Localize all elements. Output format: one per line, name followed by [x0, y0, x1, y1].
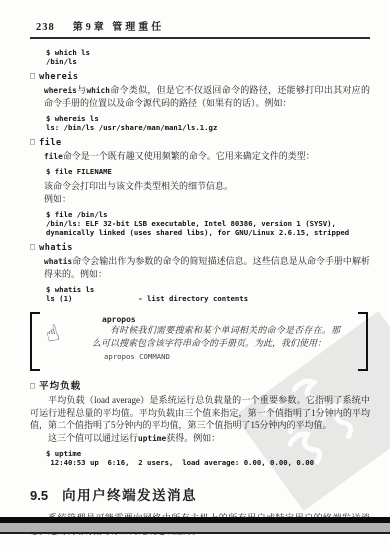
note-text: 有时候我们需要搜索和某个单词相关的命令是否存在。那么可以搜索包含该字符串命令的手… [92, 324, 340, 350]
heading-whereis: □whereis [30, 71, 370, 82]
code-block-which: $ which ls /bin/ls [46, 48, 370, 66]
inline-code-file: file [44, 152, 63, 161]
heading-load-average: □平均负载 [30, 378, 370, 392]
section-title: 向用户终端发送消息 [62, 484, 197, 504]
chapter-title: 第9章 管理重任 [73, 18, 165, 33]
scan-edge-gray-bar [0, 523, 390, 532]
note-title: apropos [102, 315, 340, 324]
paragraph-uptime-intro: 这三个值可以通过运行uptime获得。例如： [30, 432, 370, 446]
heading-file: □file [30, 137, 370, 148]
heading-whereis-label: whereis [39, 72, 78, 82]
code-block-whatis: $ whatis ls ls (1) - list directory cont… [46, 285, 370, 303]
page-content: 238 第9章 管理重任 $ which ls /bin/ls □whereis… [30, 10, 370, 537]
paragraph-text: 与 [77, 85, 87, 95]
page-header: 238 第9章 管理重任 [30, 10, 370, 39]
heading-file-label: file [39, 138, 61, 148]
inline-code-whereis: whereis [44, 86, 77, 95]
section-9-5-heading: 9.5 向用户终端发送消息 [30, 484, 370, 504]
book-page: PDG 238 第9章 管理重任 $ which ls /bin/ls □whe… [0, 0, 390, 546]
code-block-uptime: $ uptime 12:40:53 up 6:16, 2 users, load… [46, 449, 370, 467]
scan-edge-thin-line [0, 532, 390, 534]
paragraph-load-average: 平均负载（load average）是系统运行总负载量的一个重要参数。它指明了系… [30, 394, 370, 432]
square-bullet-icon: □ [30, 71, 35, 81]
paragraph-whereis: whereis与which命令类似，但是它不仅返回命令的路径，还能够打印出其对应… [44, 84, 370, 110]
apropos-note-box: ☝ apropos 有时候我们需要搜索和某个单词相关的命令是否存在。那么可以搜索… [34, 312, 366, 371]
paragraph-file-example-label: 例如： [44, 193, 370, 206]
square-bullet-icon: □ [30, 137, 35, 147]
paragraph-text: 获得。例如： [166, 433, 220, 443]
paragraph-whatis: whatis命令会输出作为参数的命令的简短描述信息。这些信息是从命令手册中解析得… [44, 255, 370, 281]
code-block-file-syntax: $ file FILENAME [46, 167, 370, 176]
heading-whatis-label: whatis [39, 243, 73, 253]
reminder-hand-icon: ☝ [43, 321, 62, 349]
inline-code-which: which [86, 86, 109, 95]
left-bracket-rule [30, 312, 40, 371]
paragraph-text: 命令会输出作为参数的命令的简短描述信息。这些信息是从命令手册中解析得来的。例如： [44, 256, 370, 279]
section-number: 9.5 [30, 488, 48, 503]
square-bullet-icon: □ [30, 242, 35, 252]
paragraph-file-detail: 该命令会打印出与该文件类型相关的细节信息。 [44, 180, 370, 193]
code-block-file-output: $ file /bin/ls /bin/ls: ELF 32-bit LSB e… [46, 210, 370, 237]
page-number: 238 [36, 22, 55, 33]
paragraph-text: 这三个值可以通过运行 [48, 433, 138, 443]
right-bracket-rule [358, 312, 368, 371]
heading-load-average-label: 平均负载 [39, 382, 81, 392]
note-code-apropos: apropos COMMAND [104, 352, 340, 361]
inline-code-whatis: whatis [44, 257, 72, 266]
square-bullet-icon: □ [30, 381, 35, 391]
code-block-whereis: $ whereis ls ls: /bin/ls /usr/share/man/… [46, 114, 370, 132]
paragraph-file: file命令是一个既有趣又使用频繁的命令。它用来确定文件的类型： [44, 150, 370, 163]
inline-code-uptime: uptime [138, 434, 166, 443]
paragraph-text: 命令是一个既有趣又使用频繁的命令。它用来确定文件的类型： [63, 151, 315, 161]
heading-whatis: □whatis [30, 242, 370, 253]
